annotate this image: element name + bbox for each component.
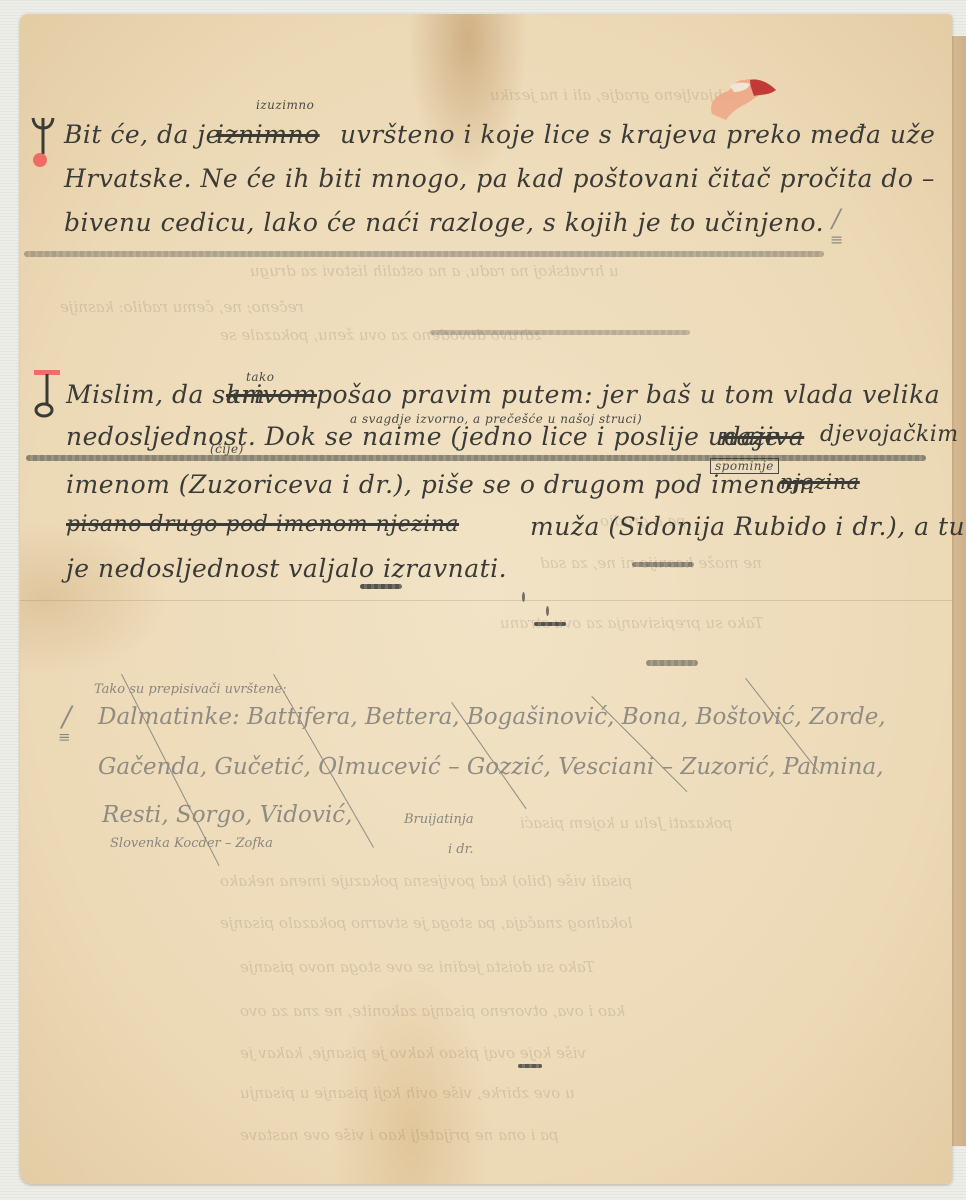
ink-smudge [518, 1064, 542, 1068]
ink-smudge [646, 660, 698, 666]
pencil-heading: Tako su prepisivači uvrštene: [94, 682, 287, 697]
paragraph-1-line-3: bivenu cedicu, lako će naći razloge, s k… [64, 208, 824, 237]
paragraph-1-line-2: Hrvatske. Ne će ih biti mnogo, pa kad po… [64, 164, 935, 193]
bleed-through-line: više koje ovaj pisao kakvo je pisanje, k… [240, 1044, 586, 1062]
paper-fold [20, 600, 952, 601]
ink-mark [522, 592, 525, 602]
margin-mark-slash: / [832, 204, 841, 233]
bleed-through-line: kao i ova, otvoreno pisanja zakonite, ne… [240, 1002, 625, 1020]
ink-mark [546, 606, 549, 616]
paragraph-2-line-3a: imenom (Zuzoriceva i dr.), piše se o dru… [66, 470, 815, 499]
ink-smudge [534, 622, 566, 626]
struck-word: njezina [780, 470, 860, 494]
red-wax-stain [704, 74, 780, 124]
struck-word: krivom [226, 380, 317, 409]
bleed-through-line: Tako su doista jedini se ove stoga novo … [240, 958, 595, 976]
bleed-strike-line [24, 251, 824, 257]
paragraph-marker-trident-icon [30, 114, 56, 174]
bleed-through-line: pokazati Jelu u kojem pisaći [520, 814, 733, 832]
margin-mark-triple-line: ≡ [830, 230, 844, 249]
pencil-line-4b: i dr. [448, 842, 474, 857]
paragraph-marker-key-icon [32, 370, 62, 426]
paragraph-2-line-4b: muža (Sidonija Rubido i dr.), a tu [530, 512, 965, 541]
bleed-through-line: u hrvatskoj na radu, a na ostalih listov… [250, 262, 619, 280]
ink-smudge [360, 584, 402, 589]
struck-line [26, 455, 926, 461]
bleed-through-line: objavljeno gradje, ali i na jeziku [490, 86, 732, 104]
paragraph-2-line-2b: djevojačkim [820, 422, 959, 447]
struck-line-text: pisano drugo pod imenom njezina [66, 512, 459, 537]
pencil-line-4: Slovenka Kocder – Zofka [110, 836, 273, 851]
bleed-through-line: pisali više (bilo) kad povijesna pokazuj… [220, 872, 632, 890]
manuscript-page: objavljeno gradje, ali i na jeziku u hrv… [20, 14, 952, 1184]
pencil-line-3b: Bruijatinja [404, 812, 474, 827]
struck-word: iznimno [216, 120, 320, 149]
paragraph-2-line-1b: pošao pravim putem: jer baš u tom vlada … [316, 380, 940, 409]
bleed-through-line: lokalnog značaja, pa stoga je stvarno po… [220, 914, 633, 932]
insertion-above: izuzimno [256, 98, 314, 112]
ink-smudge [632, 562, 694, 567]
paragraph-1-line-1a: Bit će, da je [64, 120, 221, 149]
bleed-through-line: pa i ona ne prijatelj kao i više ove nas… [240, 1126, 559, 1144]
bleed-through-line: zdravo dovodeno za ovu ženu, pokazale se [220, 326, 542, 344]
paragraph-2-line-2a: nedosljednost. Dok se naime (jedno lice … [66, 422, 780, 451]
pencil-line-3a: Resti, Sorgo, Vidović, [102, 802, 352, 828]
bleed-strike-line [430, 330, 690, 335]
pencil-margin-triple-line: ≡ [58, 728, 71, 746]
insertion-above-cije: (čije) [210, 442, 244, 456]
bleed-through-line: u ove zbirke, više ovih koji pisanje u p… [240, 1084, 575, 1102]
paragraph-2-line-5: je nedosljednost valjalo izravnati. [66, 554, 507, 583]
paragraph-1-line-1b: uvršteno i koje lice s krajeva preko međ… [340, 120, 935, 149]
struck-word: naziva [720, 422, 804, 451]
bleed-through-line: rečeno; ne, čemu radilo: kasnije [60, 298, 304, 316]
